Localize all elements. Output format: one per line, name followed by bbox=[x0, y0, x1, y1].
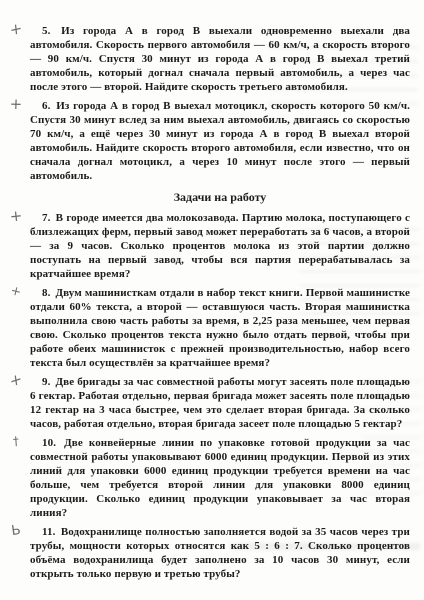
pencil-check-mark-icon: Ь bbox=[6, 523, 26, 538]
problem-10: † 10. Две конвейерные линии по упаковке … bbox=[30, 436, 410, 520]
problem-text: В городе имеется два молокозавода. Парти… bbox=[30, 212, 410, 280]
problem-7: + 7. В городе имеется два молокозавода. … bbox=[30, 211, 410, 281]
problem-number: 11. bbox=[42, 526, 57, 538]
problem-number: 6. bbox=[42, 100, 52, 112]
pencil-plus-mark-icon: + bbox=[6, 370, 27, 390]
problem-number: 5. bbox=[42, 25, 52, 37]
problem-number: 8. bbox=[42, 287, 52, 299]
problem-text: Из города А в город В выехал мотоцикл, с… bbox=[30, 100, 410, 182]
pencil-plus-mark-icon: + bbox=[6, 97, 26, 112]
problem-number: 9. bbox=[42, 376, 52, 388]
problem-text: Водохранилище полностью заполняется водо… bbox=[30, 526, 410, 580]
problem-number: 10. bbox=[42, 437, 58, 449]
problem-text: Двум машинисткам отдали в набор текст кн… bbox=[30, 287, 410, 369]
pencil-plus-mark-icon: + bbox=[5, 208, 26, 224]
section-heading: Задачи на работу bbox=[30, 190, 410, 205]
problem-9: + 9. Две бригады за час совместной работ… bbox=[30, 375, 410, 431]
problem-number: 7. bbox=[42, 212, 52, 224]
problem-11: Ь 11. Водохранилище полностью заполняетс… bbox=[30, 525, 410, 581]
pencil-plus-mark-icon: + bbox=[6, 283, 25, 299]
problem-text: Две бригады за час совместной работы мог… bbox=[30, 376, 410, 430]
problem-6: + 6. Из города А в город В выехал мотоци… bbox=[30, 99, 410, 183]
problem-text: Две конвейерные линии по упаковке готово… bbox=[30, 437, 410, 519]
pencil-plus-mark-icon: + bbox=[5, 20, 26, 38]
page-text-block: + 5. Из города А в город В выехали однов… bbox=[30, 24, 410, 586]
problem-5: + 5. Из города А в город В выехали однов… bbox=[30, 24, 410, 94]
pencil-dagger-mark-icon: † bbox=[8, 435, 25, 447]
scanned-textbook-page: + 5. Из города А в город В выехали однов… bbox=[0, 0, 424, 600]
problem-text: Из города А в город В выехали одновремен… bbox=[30, 25, 410, 93]
problem-8: + 8. Двум машинисткам отдали в набор тек… bbox=[30, 286, 410, 370]
